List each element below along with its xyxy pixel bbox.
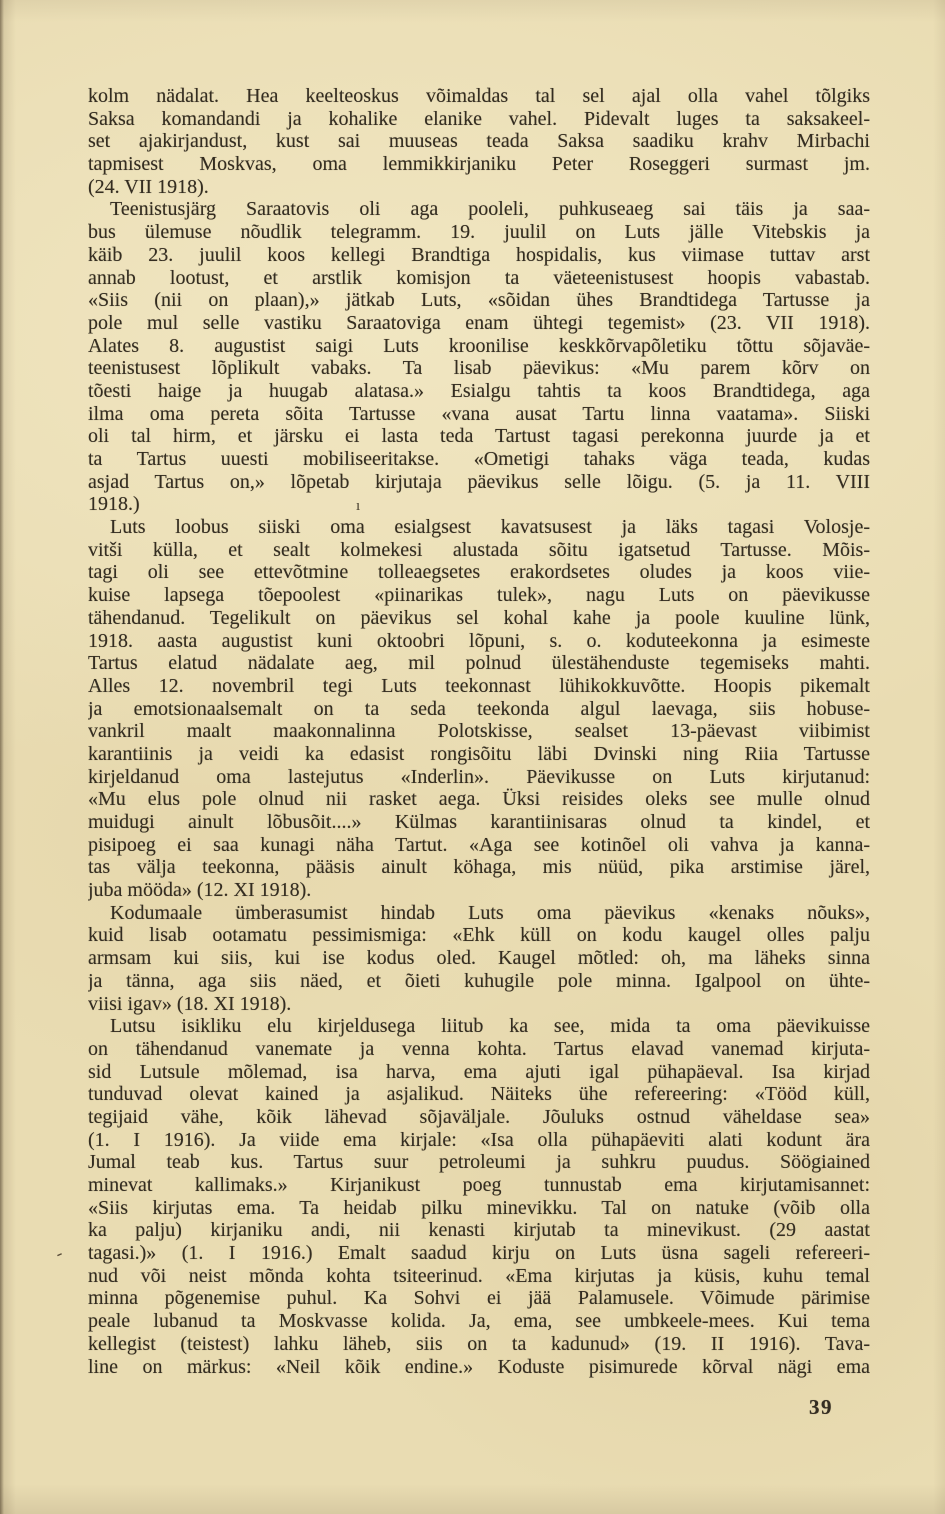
text-line: Tartus elatud nädalate aeg, mil polnud ü… (88, 652, 870, 675)
paragraph: Kodumaale ümberasumist hindab Luts oma p… (88, 902, 870, 1015)
text-line: 1918.) (88, 493, 870, 516)
text-line: muidugi ainult lõbusõit....» Külmas kara… (88, 811, 870, 834)
text-line: tapmisest Moskvas, oma lemmikkirjaniku P… (88, 153, 870, 176)
text-line: ta Tartus uuesti mobiliseeritakse. «Omet… (88, 448, 870, 471)
text-line: ilma oma pereta sõita Tartusse «vana aus… (88, 403, 870, 426)
text-line: Alles 12. novembril tegi Luts teekonnast… (88, 675, 870, 698)
text-line: set ajakirjandust, kust sai muuseas tead… (88, 130, 870, 153)
print-artifact-mark: ı (356, 498, 360, 515)
scanned-page: kolm nädalat. Hea keelteoskus võimaldas … (0, 0, 945, 1514)
text-line: kellegist (teistest) lahku läheb, siis o… (88, 1333, 870, 1356)
text-line: (24. VII 1918). (88, 176, 870, 199)
text-line: ja tänna, aga siis näed, et õieti kuhugi… (88, 970, 870, 993)
text-line: tõesti haige ja huugab alatasa.» Esialgu… (88, 380, 870, 403)
text-line: tähendanud. Tegelikult on päevikus sel k… (88, 607, 870, 630)
text-line: Jumal teab kus. Tartus suur petroleumi j… (88, 1151, 870, 1174)
text-line: teenistusest lõplikult vabaks. Ta lisab … (88, 357, 870, 380)
text-line: 1918. aasta augustist kuni oktoobri lõpu… (88, 630, 870, 653)
text-line: kuise lapsega tõepoolest «piinarikas tul… (88, 584, 870, 607)
text-line: bus ülemuse nõudlik telegramm. 19. juuli… (88, 221, 870, 244)
text-line: kirjeldanud oma lastejutus «Inderlin». P… (88, 766, 870, 789)
text-line: käib 23. juulil koos kellegi Brandtiga h… (88, 244, 870, 267)
text-line: «Mu elus pole olnud nii rasket aega. Üks… (88, 788, 870, 811)
text-line: pisipoeg ei saa kunagi näha Tartut. «Aga… (88, 834, 870, 857)
page-number: 39 (809, 1395, 833, 1420)
scan-edge-shadow (0, 0, 4, 1514)
text-line: Teenistusjärg Saraatovis oli aga pooleli… (88, 198, 870, 221)
text-line: on tähendanud vanemate ja venna kohta. T… (88, 1038, 870, 1061)
text-line: Lutsu isikliku elu kirjeldusega liitub k… (88, 1015, 870, 1038)
text-line: vankril maalt maakonnalinna Polotskisse,… (88, 720, 870, 743)
text-line: annab lootust, et arstlik komisjon ta vä… (88, 267, 870, 290)
text-line: kuid lisab ootamatu pessimismiga: «Ehk k… (88, 924, 870, 947)
text-line: juba mööda» (12. XI 1918). (88, 879, 870, 902)
text-line: Luts loobus siiski oma esialgsest kavats… (88, 516, 870, 539)
paragraph: Luts loobus siiski oma esialgsest kavats… (88, 516, 870, 902)
text-line: minevat kallimaks.» Kirjanikust poeg tun… (88, 1174, 870, 1197)
text-line: «Siis (nii on plaan),» jätkab Luts, «sõi… (88, 289, 870, 312)
text-line: kolm nädalat. Hea keelteoskus võimaldas … (88, 85, 870, 108)
paragraph: kolm nädalat. Hea keelteoskus võimaldas … (88, 85, 870, 198)
text-line: (1. I 1916). Ja viide ema kirjale: «Isa … (88, 1129, 870, 1152)
text-line: peale lubanud ta Moskvasse kolida. Ja, e… (88, 1310, 870, 1333)
margin-mark: - (52, 1243, 66, 1265)
text-line: oli tal hirm, et järsku ei lasta teda Ta… (88, 425, 870, 448)
text-line: minna põgenemise puhul. Ka Sohvi ei jää … (88, 1287, 870, 1310)
text-line: karantiinis ja veidi ka edasist rongisõi… (88, 743, 870, 766)
text-line: Alates 8. augustist saigi Luts kroonilis… (88, 335, 870, 358)
text-line: pole mul selle vastiku Saraatoviga enam … (88, 312, 870, 335)
text-line: vitši külla, et sealt kolmekesi alustada… (88, 539, 870, 562)
text-line: Saksa komandandi ja kohalike elanike vah… (88, 108, 870, 131)
text-line: «Siis kirjutas ema. Ta heidab pilku mine… (88, 1197, 870, 1220)
body-text: kolm nädalat. Hea keelteoskus võimaldas … (88, 85, 870, 1378)
paragraph: Teenistusjärg Saraatovis oli aga pooleli… (88, 198, 870, 516)
text-line: asjad Tartus on,» lõpetab kirjutaja päev… (88, 471, 870, 494)
text-line: tunduvad olevat kained ja asjalikud. Näi… (88, 1083, 870, 1106)
text-line: ja emotsionaalsemalt on ta seda teekonda… (88, 698, 870, 721)
text-line: tagi oli see ettevõtmine tolleaegsetes e… (88, 561, 870, 584)
text-line: armsam kui siis, kui ise kodus oled. Kau… (88, 947, 870, 970)
paragraph: Lutsu isikliku elu kirjeldusega liitub k… (88, 1015, 870, 1378)
text-line: tagasi.)» (1. I 1916.) Emalt saadud kirj… (88, 1242, 870, 1265)
text-line: nud või neist mõnda kohta tsiteerinud. «… (88, 1265, 870, 1288)
text-line: ka palju) kirjaniku andi, nii kenasti ki… (88, 1219, 870, 1242)
text-line: sid Lutsule mõlemad, isa harva, ema ajut… (88, 1061, 870, 1084)
text-line: line on märkus: «Neil kõik endine.» Kodu… (88, 1356, 870, 1379)
text-line: tegijaid vähe, kõik lähevad sõjaväljale.… (88, 1106, 870, 1129)
text-line: tas välja teekonna, pääsis ainult köhaga… (88, 856, 870, 879)
text-line: Kodumaale ümberasumist hindab Luts oma p… (88, 902, 870, 925)
text-line: viisi igav» (18. XI 1918). (88, 993, 870, 1016)
